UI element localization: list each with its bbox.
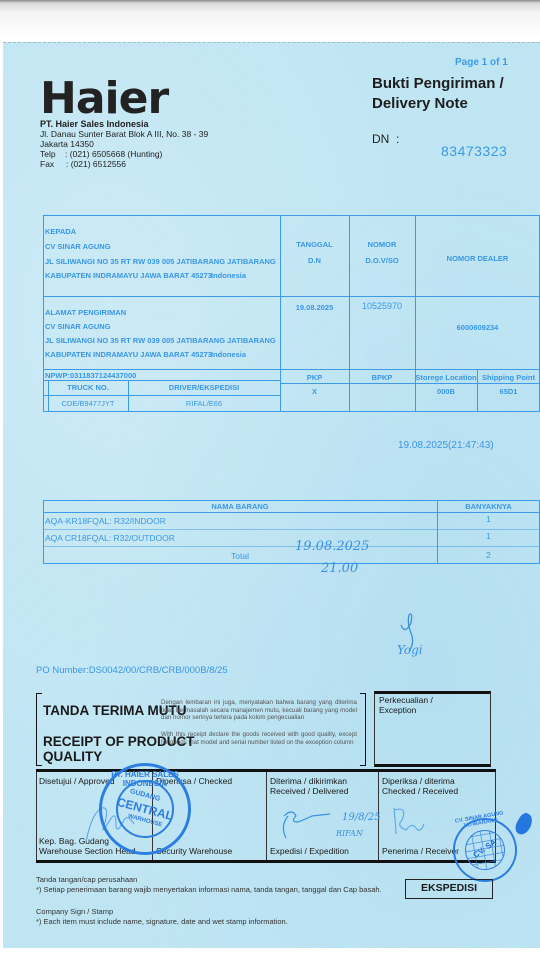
delivery-note-document: Page 1 of 1 Haier PT. Haier Sales Indone…: [3, 42, 540, 948]
npwp: NPWP:0311837124437000: [45, 371, 136, 380]
delivered-hand-name: RIFAN: [336, 829, 363, 838]
total-qty: 2: [437, 550, 540, 560]
total-label: Total: [43, 551, 437, 561]
items-table: NAMA BARANG BANYAKNYA AQA-KR18FQAL: R32/…: [43, 500, 540, 564]
nomor-dov-label: NOMOR D.O.V/SO: [349, 240, 415, 265]
item-name: AQA CR18FQAL: R32/OUTDOOR: [45, 533, 175, 543]
received-signature: [388, 800, 428, 840]
delivered-role: Expedisi / Expedition: [270, 846, 349, 856]
ink-blot: [512, 811, 535, 837]
scan-edge: [0, 0, 540, 44]
printed-timestamp: 19.08.2025(21:47:43): [398, 440, 494, 451]
company-phone: Telp : (021) 6505668 (Hunting): [40, 149, 208, 159]
kepada-label: KEPADA: [45, 227, 76, 236]
item-qty: 1: [437, 531, 540, 541]
delivery-info-table: KEPADA CV SINAR AGUNG JL SILIWANGI NO 35…: [43, 215, 540, 415]
title-line2: Delivery Note: [372, 94, 504, 114]
dealer-value: 6000609234: [415, 323, 540, 332]
pkp-value: X: [280, 387, 349, 396]
page-indicator: Page 1 of 1: [455, 57, 508, 68]
received-role: Penerima / Receiver: [382, 846, 459, 856]
driver-value: RIFAL/E66: [128, 399, 280, 408]
quality-text-en: With this receipt declare the goods rece…: [161, 731, 357, 746]
tanggal-label: TANGGAL D.N: [280, 240, 349, 265]
dn-label: DN :: [372, 132, 399, 146]
footer-notes-en: Company Sign / Stamp *) Each item must i…: [36, 907, 288, 927]
shipping-country: Indonesia: [211, 350, 246, 359]
cv-sinar-agung-stamp: CV. SA CV. SINAR AGUNG JATIBARANG: [448, 813, 522, 887]
shipping-label: ALAMAT PENGIRIMAN: [45, 308, 126, 317]
company-info: PT. Haier Sales Indonesia Jl. Danau Sunt…: [40, 119, 208, 169]
bracket-right: [360, 693, 366, 766]
handwritten-name: Yogi: [397, 643, 423, 657]
handwritten-date: 19.08.2025: [295, 539, 369, 554]
po-number: PO Number:DS0042/00/CRB/CRB/000B/8/25: [36, 665, 228, 676]
title-line1: Bukti Pengiriman /: [372, 74, 504, 94]
received-label: Diperiksa / diterima Checked / Received: [382, 776, 458, 796]
storage-location-value: 000B: [415, 387, 477, 396]
tanggal-value: 19.08.2025: [280, 303, 349, 312]
nomor-dov-value: 10525970: [349, 301, 415, 311]
recipient-country: Indonesia: [211, 271, 246, 280]
shipping-point-value: 65D1: [477, 387, 540, 396]
recipient-name: CV SINAR AGUNG: [45, 242, 111, 251]
shipping-address2: KABUPATEN INDRAMAYU JAWA BARAT 45273: [45, 350, 212, 359]
delivered-hand-note: 19/8/25: [342, 812, 381, 823]
company-address-line2: Jakarta 14350: [40, 139, 208, 149]
delivered-label: Diterima / dikirimkan Received / Deliver…: [270, 776, 348, 796]
bracket-left: [36, 693, 42, 766]
dn-number: 83473323: [441, 143, 507, 159]
recipient-address2: KABUPATEN INDRAMAYU JAWA BARAT 45273: [45, 271, 212, 280]
company-address-line1: Jl. Danau Sunter Barat Blok A III, No. 3…: [40, 129, 208, 139]
company-name: PT. Haier Sales Indonesia: [40, 119, 208, 129]
truck-value: CDE/B9477JYT: [48, 399, 128, 408]
quality-text-id: Dengan lembaran ini juga, menyatakan bah…: [161, 699, 357, 722]
shipping-name: CV SINAR AGUNG: [45, 322, 111, 331]
document-title: Bukti Pengiriman / Delivery Note: [372, 74, 504, 114]
bpkp-label: BPKP: [349, 373, 415, 382]
col-banyaknya: BANYAKNYA: [437, 502, 540, 511]
item-name: AQA-KR18FQAL: R32/INDOOR: [45, 516, 166, 526]
item-qty: 1: [437, 514, 540, 524]
shipping-address1: JL SILIWANGI NO 35 RT RW 039 005 JATIBAR…: [45, 336, 276, 345]
truck-label: TRUCK NO.: [48, 383, 128, 392]
haier-logo: Haier: [40, 73, 168, 124]
col-nama-barang: NAMA BARANG: [43, 502, 437, 511]
driver-label: DRIVER/EKSPEDISI: [128, 383, 280, 392]
delivered-signature: [276, 802, 336, 842]
exception-label: Perkecualian / Exception: [379, 695, 433, 715]
shipping-point-label: Shipping Point: [477, 373, 540, 382]
company-fax: Fax : (021) 6512556: [40, 159, 208, 169]
haier-warehouse-stamp: PT. HAIER SALES INDONESIA GUDANG CENTRAL…: [99, 763, 191, 855]
storage-location-label: Storege Location: [415, 373, 477, 382]
copy-label-ekspedisi: EKSPEDISI: [405, 879, 493, 899]
nomor-dealer-label: NOMOR DEALER: [415, 254, 540, 263]
pkp-label: PKP: [280, 373, 349, 382]
handwritten-time: 21.00: [321, 561, 358, 576]
recipient-address1: JL SILIWANGI NO 35 RT RW 039 005 JATIBAR…: [45, 257, 276, 266]
footer-notes-id: Tanda tangan/cap perusahaan *) Setiap pe…: [36, 875, 382, 895]
